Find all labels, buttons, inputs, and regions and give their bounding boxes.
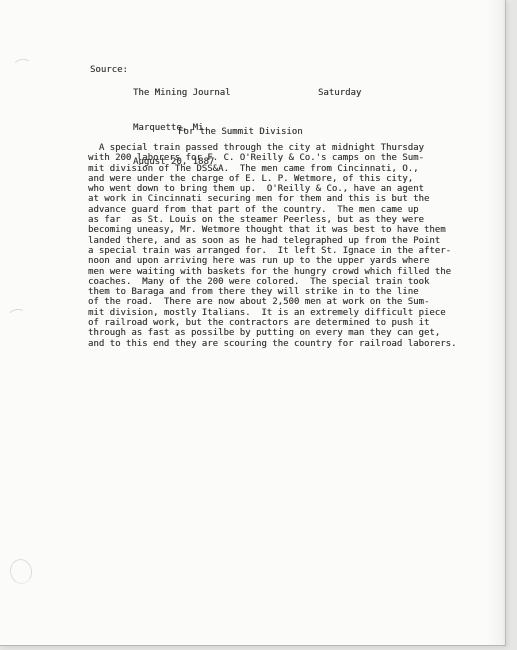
body-line: becoming uneasy, Mr. Wetmore thought tha… [88,225,456,235]
article-body: A special train passed through the city … [88,143,456,349]
scan-background: Source: The Mining Journal Marquette, Mi… [0,0,517,650]
hole-punch-mark [8,557,35,586]
body-line: who went down to bring them up. O'Reilly… [88,184,456,194]
body-line: of the road. There are now about 2,500 m… [88,297,456,307]
pencil-arc-mark-middle [7,308,27,324]
document-page: Source: The Mining Journal Marquette, Mi… [0,0,506,646]
body-line: mit division of The DSS&A. The men came … [88,164,456,174]
weekday-label: Saturday [318,88,361,100]
body-line: coaches. Many of the 200 were colored. T… [88,277,456,287]
article-title: For the Summit Division [178,127,303,138]
body-line: and were under the charge of E. L. P. We… [88,174,456,184]
body-line: at work in Cincinnati securing men for t… [88,194,456,204]
source-journal-name: The Mining Journal [133,88,231,100]
body-line: of railroad work, but the contractors ar… [88,318,456,328]
body-line: and to this end they are scouring the co… [88,339,456,349]
body-line: mit division, mostly Italians. It is an … [88,308,456,318]
body-line: A special train passed through the city … [88,143,456,153]
body-line: as far as St. Louis on the steamer Peerl… [88,215,456,225]
body-line: advance guard from that part of the coun… [88,205,456,215]
body-line: through as fast as possilbe by putting o… [88,328,456,338]
body-line: a special train was arranged for. It lef… [88,246,456,256]
pencil-arc-mark-top [12,58,33,75]
body-line: noon and upon arriving here was run up t… [88,256,456,266]
body-line: with 200 laborers for F. C. O'Reilly & C… [88,153,456,163]
body-line: landed there, and as soon as he had tele… [88,236,456,246]
body-line: men were waiting with baskets for the hu… [88,267,456,277]
source-label: Source: [90,65,128,77]
body-line: them to Baraga and from there they will … [88,287,456,297]
